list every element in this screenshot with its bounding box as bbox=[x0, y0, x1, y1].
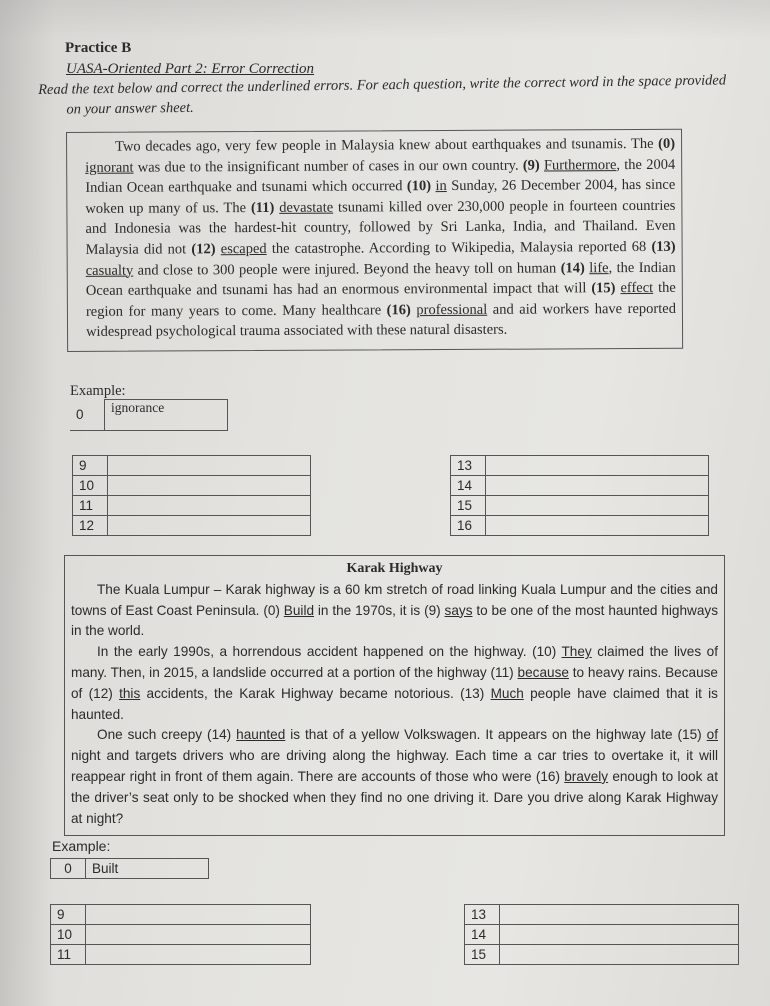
example-number: 0 bbox=[70, 400, 105, 431]
underlined-error: of bbox=[707, 727, 718, 742]
table-row: 15 bbox=[451, 496, 709, 516]
section-subtitle: UASA-Oriented Part 2: Error Correction bbox=[66, 61, 314, 78]
answer-cell[interactable] bbox=[86, 925, 311, 945]
table-row: 10 bbox=[73, 476, 311, 496]
example-number-2: 0 bbox=[51, 859, 86, 879]
question-number-cell: 12 bbox=[73, 516, 108, 536]
underlined-error: life bbox=[589, 260, 608, 276]
answer-cell[interactable] bbox=[500, 945, 739, 965]
example-answer-table-2: 0 Built bbox=[50, 858, 209, 879]
answer-cell[interactable] bbox=[500, 925, 739, 945]
example-answer: ignorance bbox=[105, 400, 228, 431]
underlined-error: bravely bbox=[564, 769, 608, 784]
page-shadow-top bbox=[0, 0, 770, 40]
answer-table-right-1: 13141516 bbox=[450, 455, 709, 536]
question-number-cell: 13 bbox=[465, 905, 500, 925]
passage-karak: Karak Highway The Kuala Lumpur – Karak h… bbox=[64, 555, 725, 836]
answer-cell[interactable] bbox=[486, 456, 709, 476]
question-number: (16) bbox=[387, 302, 411, 318]
answer-cell[interactable] bbox=[108, 496, 311, 516]
question-number: (12) bbox=[191, 241, 215, 257]
question-number-cell: 11 bbox=[73, 496, 108, 516]
question-number-cell: 16 bbox=[451, 516, 486, 536]
underlined-error: because bbox=[518, 665, 569, 680]
underlined-error: haunted bbox=[236, 727, 285, 742]
underlined-error: in bbox=[435, 178, 446, 194]
instructions: Read the text below and correct the unde… bbox=[38, 70, 736, 120]
table-row: 11 bbox=[73, 496, 311, 516]
table-row: 10 bbox=[51, 925, 311, 945]
table-row: 9 bbox=[51, 905, 311, 925]
paragraph: In the early 1990s, a horrendous acciden… bbox=[71, 642, 718, 725]
table-row: 9 bbox=[73, 456, 311, 476]
underlined-error: professional bbox=[416, 302, 487, 318]
question-number-cell: 15 bbox=[451, 496, 486, 516]
question-number-cell: 15 bbox=[465, 945, 500, 965]
paragraph: The Kuala Lumpur – Karak highway is a 60… bbox=[71, 580, 718, 642]
example-label-2: Example: bbox=[52, 838, 110, 854]
underlined-error: says bbox=[445, 603, 473, 618]
question-number-cell: 9 bbox=[51, 905, 86, 925]
passage-karak-text: The Kuala Lumpur – Karak highway is a 60… bbox=[71, 580, 718, 830]
question-number: (13) bbox=[651, 239, 675, 255]
question-number: (11) bbox=[251, 200, 274, 216]
answer-cell[interactable] bbox=[108, 476, 311, 496]
question-number-cell: 10 bbox=[73, 476, 108, 496]
question-number: (0) bbox=[658, 136, 675, 152]
answer-cell[interactable] bbox=[108, 516, 311, 536]
table-row: 14 bbox=[451, 476, 709, 496]
answer-cell[interactable] bbox=[86, 905, 311, 925]
question-number-cell: 14 bbox=[465, 925, 500, 945]
underlined-error: devastate bbox=[279, 199, 333, 215]
underlined-error: escaped bbox=[221, 241, 267, 257]
table-row: 13 bbox=[465, 905, 739, 925]
question-number: (9) bbox=[523, 157, 540, 173]
answer-cell[interactable] bbox=[86, 945, 311, 965]
table-row: 16 bbox=[451, 516, 709, 536]
underlined-error: Much bbox=[491, 686, 524, 701]
table-row: 13 bbox=[451, 456, 709, 476]
question-number-cell: 13 bbox=[451, 456, 486, 476]
table-row: 14 bbox=[465, 925, 739, 945]
paragraph: One such creepy (14) haunted is that of … bbox=[71, 725, 718, 829]
underlined-error: this bbox=[119, 686, 140, 701]
table-row: 0 Built bbox=[51, 859, 209, 879]
underlined-error: casualty bbox=[86, 262, 134, 278]
answer-cell[interactable] bbox=[486, 496, 709, 516]
answer-cell[interactable] bbox=[108, 456, 311, 476]
example-answer-table: 0 ignorance bbox=[70, 399, 228, 431]
question-number-cell: 14 bbox=[451, 476, 486, 496]
page-title: Practice B bbox=[65, 40, 131, 57]
passage-earthquake-text: Two decades ago, very few people in Mala… bbox=[85, 134, 676, 343]
answer-cell[interactable] bbox=[486, 516, 709, 536]
question-number: (15) bbox=[591, 280, 615, 296]
answer-table-left-1: 9101112 bbox=[72, 455, 311, 536]
underlined-error: ignorant bbox=[85, 159, 133, 175]
underlined-error: effect bbox=[620, 280, 653, 296]
question-number: (14) bbox=[561, 260, 585, 276]
underlined-error: They bbox=[562, 644, 592, 659]
table-row: 15 bbox=[465, 945, 739, 965]
underlined-error: Build bbox=[284, 603, 314, 618]
answer-cell[interactable] bbox=[500, 905, 739, 925]
page-shadow bbox=[0, 0, 55, 1006]
example-label: Example: bbox=[70, 383, 126, 400]
question-number-cell: 11 bbox=[51, 945, 86, 965]
question-number-cell: 10 bbox=[51, 925, 86, 945]
table-row: 12 bbox=[73, 516, 311, 536]
table-row: 0 ignorance bbox=[70, 400, 228, 431]
table-row: 11 bbox=[51, 945, 311, 965]
answer-cell[interactable] bbox=[486, 476, 709, 496]
question-number-cell: 9 bbox=[73, 456, 108, 476]
underlined-error: Furthermore bbox=[544, 157, 617, 173]
passage-earthquake: Two decades ago, very few people in Mala… bbox=[66, 129, 683, 352]
answer-table-right-2: 131415 bbox=[464, 904, 739, 965]
example-answer-2: Built bbox=[86, 859, 209, 879]
passage-karak-title: Karak Highway bbox=[71, 559, 718, 580]
answer-table-left-2: 91011 bbox=[50, 904, 311, 965]
question-number: (10) bbox=[407, 178, 431, 194]
